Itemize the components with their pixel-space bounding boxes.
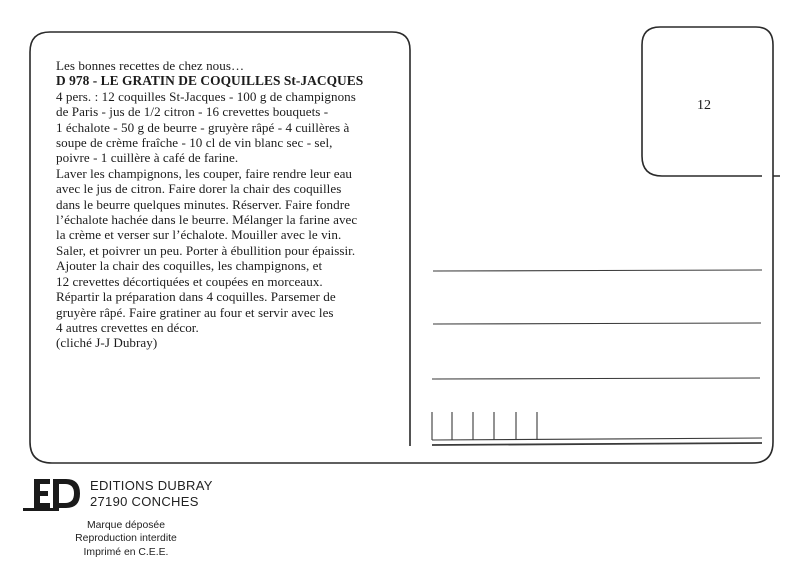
ingredients-line: de Paris - jus de 1/2 citron - 16 crevet… — [56, 104, 408, 119]
recipe-text: Les bonnes recettes de chez nous… D 978 … — [56, 58, 408, 351]
instructions-line: Répartir la préparation dans 4 coquilles… — [56, 289, 408, 304]
series-intro: Les bonnes recettes de chez nous… — [56, 58, 408, 73]
instructions-line: avec le jus de citron. Faire dorer la ch… — [56, 181, 408, 196]
address-lines — [432, 270, 762, 379]
instructions-line: dans le beurre quelques minutes. Réserve… — [56, 197, 408, 212]
address-line — [433, 323, 761, 324]
ingredients-line: poivre - 1 cuillère à café de farine. — [56, 150, 408, 165]
legal-line: Reproduction interdite — [62, 532, 190, 545]
instructions-line: la crème et verser sur l’échalote. Mouil… — [56, 227, 408, 242]
address-line — [432, 378, 760, 379]
instructions-line: l’échalote hachée dans le beurre. Mélang… — [56, 212, 408, 227]
ingredients-line: 4 pers. : 12 coquilles St-Jacques - 100 … — [56, 89, 408, 104]
legal-line: Marque déposée — [62, 519, 190, 532]
publisher-name: EDITIONS DUBRAY — [90, 478, 213, 494]
address-line — [433, 270, 762, 271]
legal-line: Imprimé en C.E.E. — [62, 546, 190, 559]
instructions-line: gruyère râpé. Faire gratiner au four et … — [56, 305, 408, 320]
instructions-line: 12 crevettes décortiquées et coupées en … — [56, 274, 408, 289]
publisher-info: EDITIONS DUBRAY 27190 CONCHES — [90, 478, 213, 509]
publisher-logo-icon — [22, 477, 84, 513]
photo-credit: (cliché J-J Dubray) — [56, 335, 408, 350]
stamp-box — [642, 27, 780, 176]
postal-code-boxes — [432, 412, 762, 445]
ingredients-line: soupe de crème fraîche - 10 cl de vin bl… — [56, 135, 408, 150]
legal-notice: Marque déposée Reproduction interdite Im… — [62, 519, 190, 559]
stamp-box-number: 12 — [697, 98, 711, 114]
publisher-address: 27190 CONCHES — [90, 494, 213, 510]
instructions-line: Saler, et poivrer un peu. Porter à ébull… — [56, 243, 408, 258]
recipe-title: D 978 - LE GRATIN DE COQUILLES St-JACQUE… — [56, 73, 408, 88]
instructions-line: Laver les champignons, les couper, faire… — [56, 166, 408, 181]
ingredients-line: 1 échalote - 50 g de beurre - gruyère râ… — [56, 120, 408, 135]
instructions-line: Ajouter la chair des coquilles, les cham… — [56, 258, 408, 273]
instructions-line: 4 autres crevettes en décor. — [56, 320, 408, 335]
